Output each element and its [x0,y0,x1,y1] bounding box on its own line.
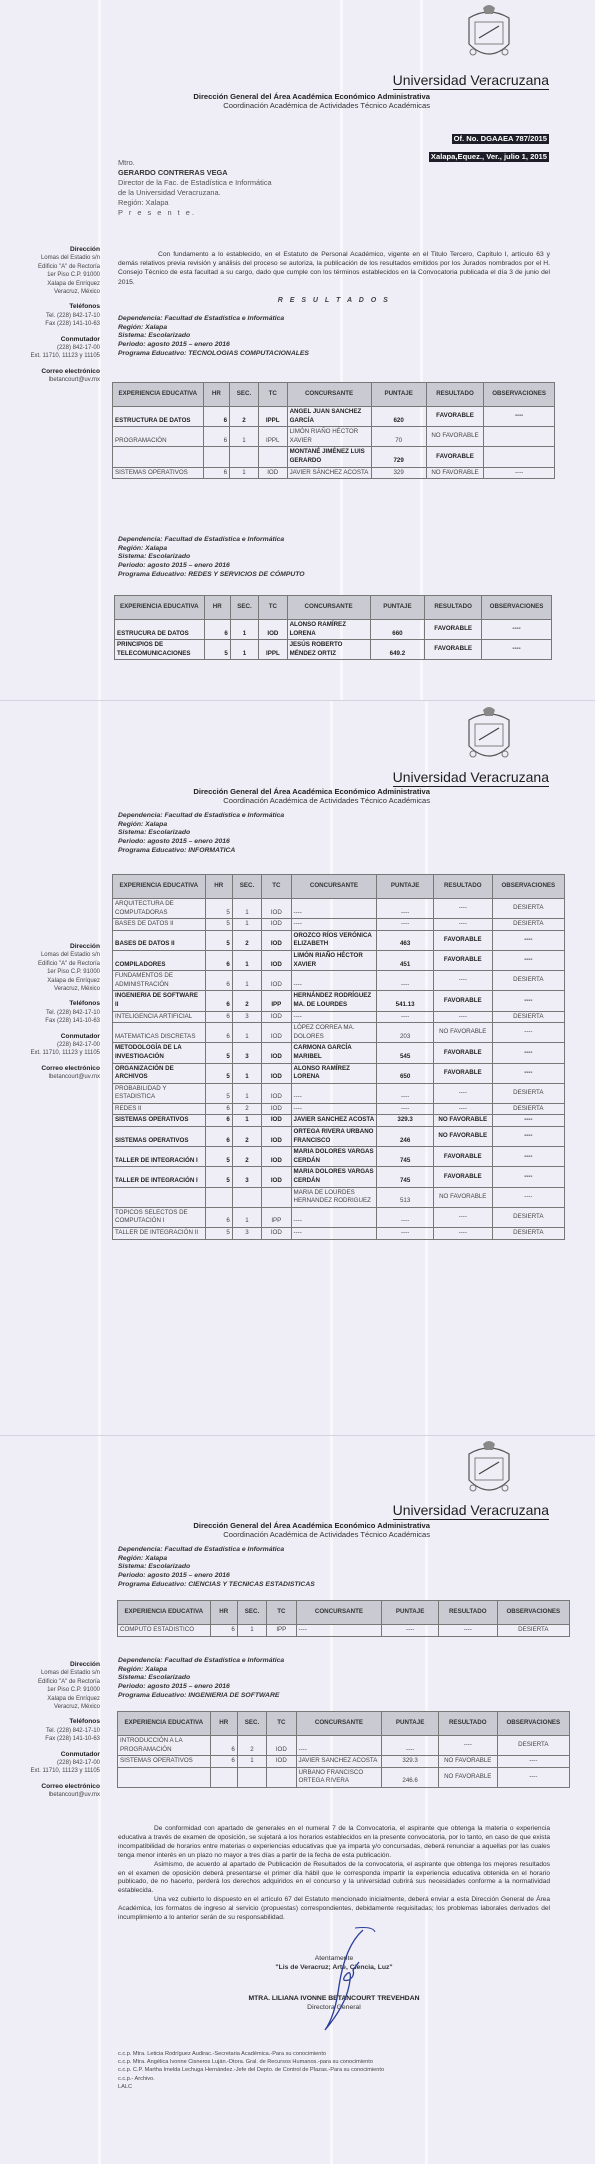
cell-hr: 6 [205,971,232,991]
cell-puntaje: ---- [377,1228,434,1240]
column-header-sec: SEC. [230,383,259,407]
section-sistema: Sistema: Escolarizado [118,1563,315,1572]
table-row: TALLER DE INTEGRACIÓN II53IOD-----------… [113,1228,565,1240]
coordination-title: Coordinación Académica de Actividades Té… [0,1530,430,1539]
phone-line: Tel. (228) 842-17-10 [0,312,100,320]
cell-observaciones: DESIERTA [497,1736,569,1756]
fax-line: Fax (228) 141-10-63 [0,1735,100,1743]
cell-sec: 1 [237,1625,266,1637]
closing-paragraph-schedules: De conformidad con apartado de generales… [118,1825,550,1861]
cell-tc: IOD [262,919,291,931]
cell-tc: IOD [262,1147,291,1167]
section-meta: Dependencia: Facultad de Estadística e I… [118,1657,284,1701]
cell-puntaje: 329.3 [377,1115,434,1127]
cell-sec: 1 [230,467,259,479]
cell-experiencia-educativa: METODOLOGÍA DE LA INVESTIGACIÓN [113,1043,206,1063]
cell-concursante: ---- [291,1011,377,1023]
cell-resultado: FAVORABLE [433,930,492,950]
ccp-line: LALC [118,2083,384,2091]
cell-sec: 3 [232,1043,261,1063]
switchboard-heading: Conmutador [0,1033,100,1041]
cell-experiencia-educativa [118,1767,211,1787]
oficio-place-date: Xalapa,Equez., Ver., julio 1, 2015 [429,152,549,162]
email-link[interactable]: lbetancourt@uv.mx [0,1791,100,1799]
cell-tc: IOD [267,1756,296,1768]
address-line: 1er Piso C.P. 91000 [0,968,100,976]
table-row: TOPICOS SELECTOS DE COMPUTACIÓN I61IPP--… [113,1207,565,1227]
cell-tc: IPP [262,991,291,1011]
recipient-name: GERARDO CONTRERAS VEGA [118,168,272,178]
column-header-tc: TC [262,875,291,899]
cell-observaciones: ---- [492,930,564,950]
cell-resultado: NO FAVORABLE [433,1127,492,1147]
intro-text: Con fundamento a lo establecido, en el E… [118,251,550,286]
section-dependencia: Dependencia: Facultad de Estadística e I… [118,1546,315,1555]
cell-experiencia-educativa: INGENIERIA DE SOFTWARE II [113,991,206,1011]
column-header-puntaje: PUNTAJE [371,383,426,407]
oficio-number: Of. No. DGAAEA 787/2015 [452,134,549,144]
column-header-experiencia-educativa: EXPERIENCIA EDUCATIVA [118,1712,211,1736]
cell-resultado: ---- [433,1228,492,1240]
cell-resultado: NO FAVORABLE [433,1023,492,1043]
cell-concursante: ---- [291,971,377,991]
section-periodo: Periodo: agosto 2015 – enero 2016 [118,838,284,847]
cell-hr [205,1187,232,1207]
address-line: Xalapa de Enríquez [0,280,100,288]
cell-sec: 1 [237,1756,266,1768]
cell-experiencia-educativa: ORGANIZACIÓN DE ARCHIVOS [113,1063,206,1083]
cell-tc: IOD [262,971,291,991]
address-line: Xalapa de Enríquez [0,977,100,985]
cell-tc: IOD [267,1736,296,1756]
cell-resultado: FAVORABLE [433,950,492,970]
column-header-experiencia-educativa: EXPERIENCIA EDUCATIVA [118,1601,211,1625]
cell-observaciones: ---- [492,1115,564,1127]
section-meta: Dependencia: Facultad de Estadística e I… [118,812,284,856]
cell-sec: 1 [232,950,261,970]
cell-tc: IPPL [259,640,287,660]
address-line: Edificio "A" de Rectoría [0,263,100,271]
section-meta: Dependencia: Facultad de Estadística e I… [118,536,305,580]
cell-tc: IOD [262,1228,291,1240]
address-line: Lomas del Estadio s/n [0,1669,100,1677]
cell-experiencia-educativa: PROBABILIDAD Y ESTADISTICA [113,1083,206,1103]
closing-paragraph-publication: Asimismo, de acuerdo al apartado de Publ… [118,1861,550,1897]
cell-resultado: ---- [433,1011,492,1023]
university-crest-icon [463,4,515,66]
cell-experiencia-educativa: MATEMATICAS DISCRETAS [113,1023,206,1043]
cell-observaciones: ---- [482,620,552,640]
cell-sec [237,1767,266,1787]
column-header-sec: SEC. [232,875,261,899]
cell-hr: 6 [205,950,232,970]
table-header-row: EXPERIENCIA EDUCATIVAHRSEC.TCCONCURSANTE… [113,383,555,407]
cell-concursante: ---- [291,919,377,931]
oficio-block: Of. No. DGAAEA 787/2015 Xalapa,Equez., V… [429,128,549,164]
column-header-puntaje: PUNTAJE [382,1712,439,1736]
cell-resultado: ---- [433,1103,492,1115]
cell-hr: 6 [205,1207,232,1227]
cell-observaciones: DESIERTA [497,1625,569,1637]
email-link[interactable]: lbetancourt@uv.mx [0,1073,100,1081]
table-row: REDES II62IOD------------DESIERTA [113,1103,565,1115]
cell-hr: 5 [205,1147,232,1167]
page-1: Universidad Veracruzana Dirección Genera… [0,0,595,700]
cell-sec: 2 [232,1127,261,1147]
cell-concursante: MONTANÉ JIMÉNEZ LUIS GERARDO [287,447,371,467]
recipient-title: Mtro. [118,158,272,168]
cell-observaciones: ---- [492,1063,564,1083]
column-header-experiencia-educativa: EXPERIENCIA EDUCATIVA [115,596,205,620]
column-header-concursante: CONCURSANTE [291,875,377,899]
cell-experiencia-educativa: TALLER DE INTEGRACIÓN II [113,1228,206,1240]
cell-sec [230,447,259,467]
cell-hr: 6 [203,467,230,479]
cell-resultado: FAVORABLE [433,1147,492,1167]
cell-hr: 5 [205,1043,232,1063]
section-dependencia: Dependencia: Facultad de Estadística e I… [118,315,309,324]
cell-sec: 1 [230,640,258,660]
cell-sec: 1 [232,1023,261,1043]
cell-observaciones: DESIERTA [492,1103,564,1115]
address-line: Edificio "A" de Rectoría [0,1678,100,1686]
cell-observaciones: ---- [492,1023,564,1043]
recipient-region: Región: Xalapa [118,198,272,208]
cell-sec: 1 [232,1115,261,1127]
cell-experiencia-educativa: ESTRUCURA DE DATOS [115,620,205,640]
scan-artifact [425,1436,428,2164]
email-heading: Correo electrónico [0,368,100,376]
column-header-hr: HR [205,875,232,899]
cell-hr: 6 [210,1625,237,1637]
cell-experiencia-educativa: PRINCIPIOS DE TELECOMUNICACIONES [115,640,205,660]
cell-observaciones: DESIERTA [492,1083,564,1103]
cell-experiencia-educativa: FUNDAMENTOS DE ADMINISTRACIÓN [113,971,206,991]
cell-resultado: ---- [433,971,492,991]
email-heading: Correo electrónico [0,1065,100,1073]
table-row: ESTRUCURA DE DATOS61IODALONSO RAMÍREZ LO… [115,620,552,640]
table-row: MARIA DE LOURDES HERNANDEZ RODRIGUEZ513N… [113,1187,565,1207]
recipient-institution: de la Universidad Veracruzana. [118,188,272,198]
column-header-resultado: RESULTADO [433,875,492,899]
section-region: Región: Xalapa [118,821,284,830]
cell-concursante: JESÚS ROBERTO MÉNDEZ ORTIZ [287,640,370,660]
cell-hr: 6 [205,1103,232,1115]
cell-tc: IOD [259,620,287,640]
cell-tc [258,447,287,467]
cell-resultado: NO FAVORABLE [433,1187,492,1207]
section-region: Región: Xalapa [118,1555,315,1564]
cell-hr: 6 [205,1011,232,1023]
cell-resultado: ---- [433,899,492,919]
cell-observaciones: ---- [492,1187,564,1207]
cell-sec: 1 [232,1063,261,1083]
section-programa: Programa Educativo: CIENCIAS Y TECNICAS … [118,1581,315,1590]
cell-concursante: ALONSO RAMÍREZ LORENA [287,620,370,640]
column-header-hr: HR [210,1712,237,1736]
section-periodo: Periodo: agosto 2015 – enero 2016 [118,562,305,571]
university-crest-icon [463,1440,515,1502]
cell-hr: 6 [210,1756,237,1768]
carbon-copy-list: c.c.p. Mtra. Leticia Rodríguez Audirac.-… [118,2050,384,2091]
cell-sec: 2 [237,1736,266,1756]
cell-sec: 1 [232,1083,261,1103]
cell-tc: IOD [262,1127,291,1147]
university-crest-icon [463,706,515,768]
cell-concursante: LIMÓN RIAÑO HÉCTOR XAVIER [287,427,371,447]
cell-resultado: NO FAVORABLE [438,1767,497,1787]
extension-line: Ext. 11710, 11123 y 11105 [0,1767,100,1775]
cell-concursante: ---- [291,1207,377,1227]
cell-experiencia-educativa: ESTRUCTURA DE DATOS [113,407,204,427]
table-row: ESTRUCTURA DE DATOS62IPPLANGEL JUAN SANC… [113,407,555,427]
cell-puntaje: 745 [377,1147,434,1167]
cell-sec: 2 [232,930,261,950]
address-line: Lomas del Estadio s/n [0,951,100,959]
column-header-resultado: RESULTADO [438,1712,497,1736]
table-row: TALLER DE INTEGRACIÓN I52IODMARIA DOLORE… [113,1147,565,1167]
cell-observaciones: ---- [482,640,552,660]
cell-concursante: JAVIER SANCHEZ ACOSTA [291,1115,377,1127]
direction-title: Dirección General del Área Académica Eco… [0,1521,430,1530]
cell-concursante: OROZCO RÍOS VERÓNICA ELIZABETH [291,930,377,950]
cell-resultado: FAVORABLE [433,1063,492,1083]
section-programa: Programa Educativo: INGENIERIA DE SOFTWA… [118,1692,284,1701]
column-header-concursante: CONCURSANTE [296,1712,382,1736]
ccp-line: c.c.p. Mtra. Leticia Rodríguez Audirac.-… [118,2050,384,2058]
cell-puntaje: 660 [370,620,425,640]
table-row: ARQUITECTURA DE COMPUTADORAS51IOD-------… [113,899,565,919]
cell-tc: IOD [262,1103,291,1115]
table-row: INGENIERIA DE SOFTWARE II62IPPHERNÁNDEZ … [113,991,565,1011]
results-table: EXPERIENCIA EDUCATIVAHRSEC.TCCONCURSANTE… [114,595,552,660]
cell-puntaje: ---- [377,1083,434,1103]
cell-concursante: ALONSO RAMÍREZ LORENA [291,1063,377,1083]
cell-resultado: NO FAVORABLE [438,1756,497,1768]
table-row: COMPILADORES61IODLIMÓN RIAÑO HÉCTOR XAVI… [113,950,565,970]
cell-tc: IPP [267,1625,296,1637]
email-link[interactable]: lbetancourt@uv.mx [0,376,100,384]
cell-concursante: ---- [291,1103,377,1115]
results-heading: R E S U L T A D O S [118,297,550,304]
table-row: TALLER DE INTEGRACIÓN I53IODMARIA DOLORE… [113,1167,565,1187]
cell-tc: IOD [262,930,291,950]
cell-resultado: FAVORABLE [426,447,483,467]
cell-experiencia-educativa: REDES II [113,1103,206,1115]
column-header-observaciones: OBSERVACIONES [484,383,555,407]
coordination-title: Coordinación Académica de Actividades Té… [0,101,430,110]
phones-heading: Teléfonos [0,1000,100,1008]
cell-hr: 5 [205,930,232,950]
cell-resultado: FAVORABLE [425,620,482,640]
cell-sec: 2 [232,1147,261,1167]
ccp-line: c.c.p.- Archivo. [118,2075,384,2083]
table-row: INTELIGENCIA ARTIFICIAL63IOD------------… [113,1011,565,1023]
cell-concursante: MARIA DOLORES VARGAS CERDÁN [291,1147,377,1167]
cell-hr: 5 [204,640,230,660]
cell-concursante: ORTEGA RIVERA URBANO FRANCISCO [291,1127,377,1147]
switchboard-line: (228) 842-17-00 [0,1041,100,1049]
cell-experiencia-educativa [113,447,204,467]
cell-experiencia-educativa: ARQUITECTURA DE COMPUTADORAS [113,899,206,919]
table-row: URBANO FRANCISCO ORTEGA RIVERA246.6NO FA… [118,1767,570,1787]
cell-observaciones [484,427,555,447]
address-heading: Dirección [0,943,100,951]
column-header-tc: TC [258,383,287,407]
column-header-tc: TC [267,1601,296,1625]
cell-experiencia-educativa: TALLER DE INTEGRACIÓN I [113,1167,206,1187]
table-header-row: EXPERIENCIA EDUCATIVAHRSEC.TCCONCURSANTE… [118,1601,570,1625]
cell-experiencia-educativa: TOPICOS SELECTOS DE COMPUTACIÓN I [113,1207,206,1227]
cell-resultado: FAVORABLE [433,1167,492,1187]
column-header-concursante: CONCURSANTE [287,383,371,407]
cell-concursante: CARMONA GARCÍA MARIBEL [291,1043,377,1063]
page-3: Universidad Veracruzana Dirección Genera… [0,1435,595,2164]
cell-hr: 6 [205,1023,232,1043]
cell-experiencia-educativa: SISTEMAS OPERATIVOS [118,1756,211,1768]
cell-observaciones: DESIERTA [492,1207,564,1227]
cell-experiencia-educativa: BASES DE DATOS II [113,919,206,931]
section-sistema: Sistema: Escolarizado [118,1674,284,1683]
column-header-hr: HR [204,596,230,620]
section-periodo: Periodo: agosto 2015 – enero 2016 [118,341,309,350]
address-line: Veracruz, México [0,985,100,993]
cell-puntaje: 729 [371,447,426,467]
cell-observaciones: ---- [497,1756,569,1768]
cell-concursante: ---- [291,1228,377,1240]
direction-title: Dirección General del Área Académica Eco… [0,787,430,796]
cell-hr: 6 [203,427,230,447]
university-name: Universidad Veracruzana [393,769,549,787]
address-heading: Dirección [0,246,100,254]
cell-puntaje: 463 [377,930,434,950]
cell-tc: IOD [262,1023,291,1043]
table-row: MONTANÉ JIMÉNEZ LUIS GERARDO729FAVORABLE [113,447,555,467]
section-region: Región: Xalapa [118,545,305,554]
cell-resultado: FAVORABLE [433,1043,492,1063]
cell-tc: IOD [262,1011,291,1023]
section-region: Región: Xalapa [118,324,309,333]
address-line: Edificio "A" de Rectoría [0,960,100,968]
column-header-hr: HR [210,1601,237,1625]
cell-observaciones: ---- [492,1147,564,1167]
cell-puntaje: ---- [377,1103,434,1115]
phone-line: Tel. (228) 842-17-10 [0,1009,100,1017]
table-row: ORGANIZACIÓN DE ARCHIVOS51IODALONSO RAMÍ… [113,1063,565,1083]
cell-sec [232,1187,261,1207]
address-line: Veracruz, México [0,1703,100,1711]
table-row: MATEMATICAS DISCRETAS61IODLÓPEZ CORREA M… [113,1023,565,1043]
cell-resultado: ---- [433,919,492,931]
cell-experiencia-educativa: SISTEMAS OPERATIVOS [113,467,204,479]
cell-sec: 1 [232,919,261,931]
column-header-observaciones: OBSERVACIONES [492,875,564,899]
column-header-resultado: RESULTADO [438,1601,497,1625]
closing-paragraph-article-67: Una vez cubierto lo dispuesto en el artí… [118,1896,550,1923]
cell-concursante: MARIA DOLORES VARGAS CERDÁN [291,1167,377,1187]
cell-observaciones: DESIERTA [492,1228,564,1240]
switchboard-line: (228) 842-17-00 [0,344,100,352]
cell-puntaje: 545 [377,1043,434,1063]
cell-resultado: ---- [438,1736,497,1756]
cell-puntaje: 649.2 [370,640,425,660]
column-header-concursante: CONCURSANTE [287,596,370,620]
cell-hr: 5 [205,1063,232,1083]
cell-experiencia-educativa: SISTEMAS OPERATIVOS [113,1115,206,1127]
cell-concursante: JAVIER SANCHEZ ACOSTA [296,1756,382,1768]
cell-hr: 5 [205,1083,232,1103]
cell-observaciones: ---- [484,407,555,427]
cell-concursante: ---- [291,899,377,919]
cell-hr: 6 [210,1736,237,1756]
cell-experiencia-educativa: PROGRAMACIÓN [113,427,204,447]
cell-hr [203,447,230,467]
cell-tc: IOD [258,467,287,479]
column-header-puntaje: PUNTAJE [382,1601,439,1625]
cell-tc [262,1187,291,1207]
closing-paragraphs: De conformidad con apartado de generales… [118,1825,550,1923]
cell-puntaje: 745 [377,1167,434,1187]
cell-tc: IOD [262,1115,291,1127]
cell-concursante: JAVIER SÁNCHEZ ACOSTA [287,467,371,479]
cell-experiencia-educativa: INTELIGENCIA ARTIFICIAL [113,1011,206,1023]
cell-experiencia-educativa: INTRODUCCIÓN A LA PROGRAMACIÓN [118,1736,211,1756]
column-header-puntaje: PUNTAJE [377,875,434,899]
table-row: FUNDAMENTOS DE ADMINISTRACIÓN61IOD------… [113,971,565,991]
cell-sec: 3 [232,1228,261,1240]
cell-puntaje: 246 [377,1127,434,1147]
cell-puntaje: 329 [371,467,426,479]
cell-observaciones: ---- [492,1043,564,1063]
cell-sec: 1 [232,899,261,919]
cell-puntaje: ---- [377,919,434,931]
cell-resultado: NO FAVORABLE [426,427,483,447]
university-name: Universidad Veracruzana [393,72,549,90]
cell-puntaje: 451 [377,950,434,970]
cell-observaciones: ---- [484,467,555,479]
cell-experiencia-educativa: COMPUTO ESTADISTICO [118,1625,211,1637]
cell-resultado: ---- [433,1083,492,1103]
column-header-experiencia-educativa: EXPERIENCIA EDUCATIVA [113,875,206,899]
switchboard-line: (228) 842-17-00 [0,1759,100,1767]
cell-concursante: ---- [291,1083,377,1103]
cell-hr [210,1767,237,1787]
section-programa: Programa Educativo: INFORMATICA [118,847,284,856]
column-header-observaciones: OBSERVACIONES [497,1712,569,1736]
cell-concursante: ---- [296,1736,382,1756]
cell-concursante: URBANO FRANCISCO ORTEGA RIVERA [296,1767,382,1787]
cell-observaciones: DESIERTA [492,971,564,991]
cell-puntaje: 329.3 [382,1756,439,1768]
cell-concursante: LÓPEZ CORREA MA. DOLORES [291,1023,377,1043]
section-dependencia: Dependencia: Facultad de Estadística e I… [118,812,284,821]
switchboard-heading: Conmutador [0,336,100,344]
table-row: PRINCIPIOS DE TELECOMUNICACIONES51IPPLJE… [115,640,552,660]
cell-tc [267,1767,296,1787]
cell-hr: 6 [204,620,230,640]
phones-heading: Teléfonos [0,303,100,311]
section-dependencia: Dependencia: Facultad de Estadística e I… [118,536,305,545]
cell-resultado: ---- [438,1625,497,1637]
table-row: METODOLOGÍA DE LA INVESTIGACIÓN53IODCARM… [113,1043,565,1063]
cell-hr: 6 [205,1115,232,1127]
cell-sec: 3 [232,1167,261,1187]
cell-hr: 5 [205,919,232,931]
cell-tc: IOD [262,1043,291,1063]
cell-concursante: ---- [296,1625,382,1637]
direction-title: Dirección General del Área Académica Eco… [0,92,430,101]
cell-tc: IOD [262,950,291,970]
